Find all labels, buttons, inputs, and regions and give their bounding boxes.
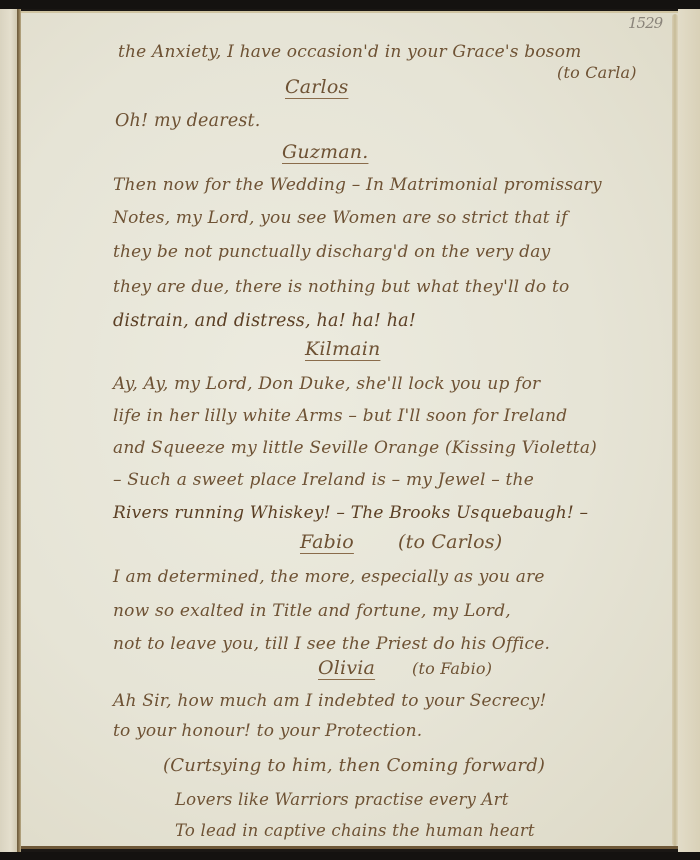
- text-line: the Anxiety, I have occasion'd in your G…: [118, 42, 581, 62]
- underlying-leaf-edge: [678, 9, 700, 852]
- stage-direction: (Curtsying to him, then Coming forward): [163, 755, 545, 776]
- viewer-bottom-border: [0, 852, 700, 860]
- speaker-name: Olivia: [318, 657, 375, 679]
- text-line: Ah Sir, how much am I indebted to your S…: [113, 691, 547, 711]
- text-line: I am determined, the more, especially as…: [113, 567, 545, 587]
- speaker-name: Kilmain: [305, 338, 380, 360]
- text-line: they be not punctually discharg'd on the…: [113, 242, 550, 262]
- text-line: they are due, there is nothing but what …: [113, 277, 569, 297]
- stage-direction: (to Fabio): [412, 659, 492, 678]
- stage-direction: (to Carlos): [398, 531, 502, 553]
- speaker-name: Guzman.: [282, 141, 368, 163]
- text-line: Oh! my dearest.: [115, 111, 261, 131]
- verse-line: Lovers like Warriors practise every Art: [175, 790, 509, 809]
- text-line: distrain, and distress, ha! ha! ha!: [113, 311, 416, 331]
- speaker-name: Carlos: [285, 76, 348, 98]
- text-line: Ay, Ay, my Lord, Don Duke, she'll lock y…: [113, 374, 540, 394]
- text-line: Then now for the Wedding – In Matrimonia…: [113, 175, 602, 195]
- text-line: life in her lilly white Arms – but I'll …: [113, 406, 567, 426]
- text-line: to your honour! to your Protection.: [113, 721, 422, 741]
- text-line: Notes, my Lord, you see Women are so str…: [113, 208, 568, 228]
- folio-number: 1529: [628, 14, 662, 32]
- facing-page-edge: [0, 9, 18, 852]
- manuscript-viewer: 1529 the Anxiety, I have occasion'd in y…: [0, 0, 700, 860]
- stage-direction: (to Carla): [557, 63, 637, 82]
- text-line: – Such a sweet place Ireland is – my Jew…: [113, 470, 534, 490]
- viewer-top-border: [0, 0, 700, 9]
- text-line: and Squeeze my little Seville Orange (Ki…: [113, 438, 597, 458]
- text-line: Rivers running Whiskey! – The Brooks Usq…: [113, 503, 588, 523]
- speaker-name: Fabio: [300, 531, 354, 553]
- verse-line: To lead in captive chains the human hear…: [175, 821, 535, 840]
- text-line: now so exalted in Title and fortune, my …: [113, 601, 511, 621]
- text-line: not to leave you, till I see the Priest …: [113, 634, 550, 654]
